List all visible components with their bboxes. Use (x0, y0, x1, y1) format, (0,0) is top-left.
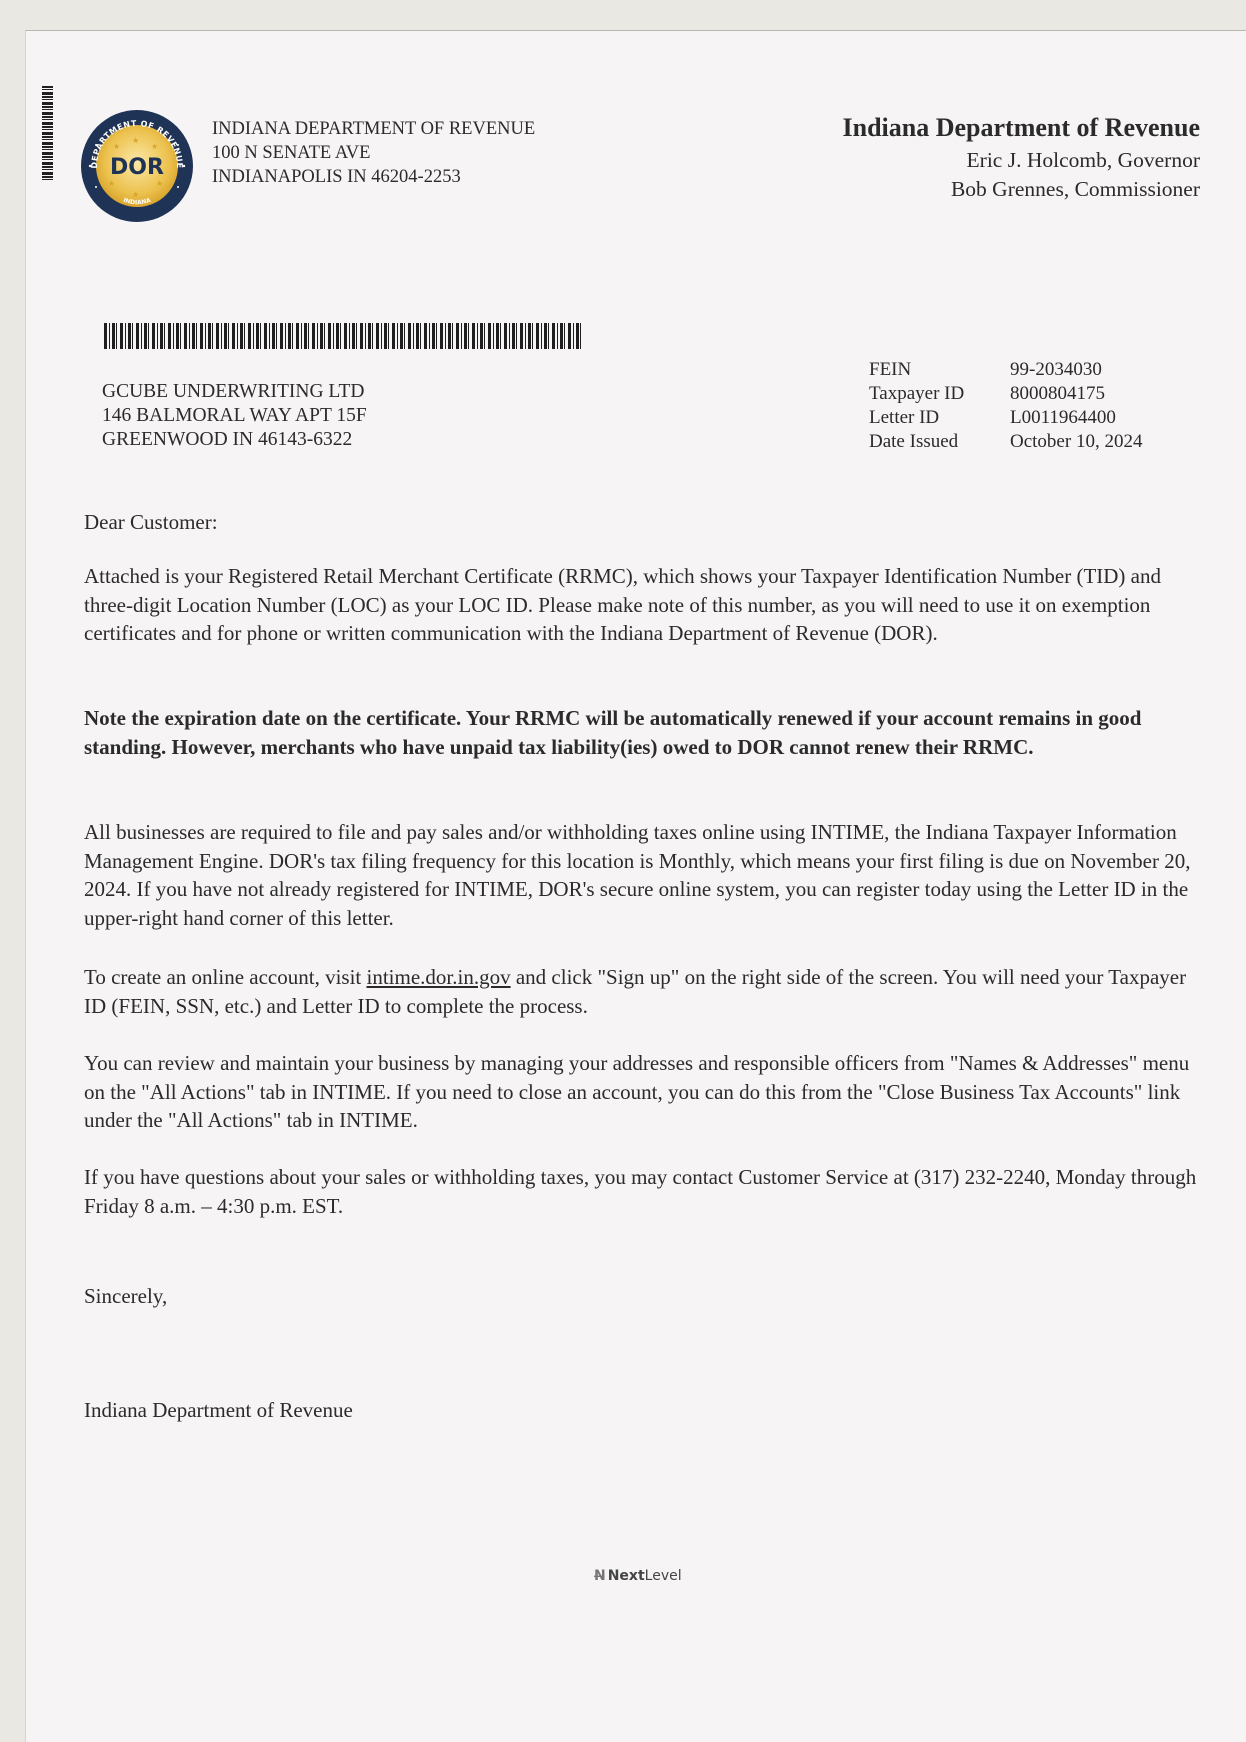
recipient-street: 146 BALMORAL WAY APT 15F (102, 404, 367, 428)
meta-row-taxpayer-id: Taxpayer ID 8000804175 (869, 382, 1142, 406)
svg-text:★: ★ (132, 136, 139, 145)
mail-barcode (104, 323, 582, 349)
text: To create an online account, visit (84, 965, 367, 989)
governor-line: Eric J. Holcomb, Governor (951, 146, 1200, 175)
meta-label: Date Issued (869, 430, 1010, 454)
closing: Sincerely, (84, 1282, 1204, 1311)
dor-seal-logo: DEPARTMENT OF REVENUE INDIANA ★★★ ★★★ DO… (80, 109, 194, 223)
brand-regular: Level (645, 1568, 682, 1584)
intime-link[interactable]: intime.dor.in.gov (367, 965, 511, 989)
sender-name: INDIANA DEPARTMENT OF REVENUE (212, 117, 535, 141)
svg-text:DOR: DOR (110, 155, 164, 180)
svg-text:★: ★ (156, 179, 163, 188)
paragraph-expiration-notice: Note the expiration date on the certific… (84, 704, 1204, 761)
svg-text:★: ★ (113, 142, 120, 151)
recipient-name: GCUBE UNDERWRITING LTD (102, 380, 367, 404)
sender-city: INDIANAPOLIS IN 46204-2253 (212, 165, 535, 189)
meta-label: Letter ID (869, 406, 1010, 430)
paragraph-create-account: To create an online account, visit intim… (84, 963, 1204, 1020)
meta-row-letter-id: Letter ID L0011964400 (869, 406, 1142, 430)
meta-row-date-issued: Date Issued October 10, 2024 (869, 430, 1142, 454)
salutation: Dear Customer: (84, 508, 1204, 537)
signature: Indiana Department of Revenue (84, 1396, 1204, 1425)
meta-row-fein: FEIN 99-2034030 (869, 358, 1142, 382)
paragraph-customer-service: If you have questions about your sales o… (84, 1163, 1204, 1220)
commissioner-line: Bob Grennes, Commissioner (951, 175, 1200, 204)
meta-value: L0011964400 (1010, 406, 1142, 430)
svg-text:★: ★ (132, 190, 139, 199)
meta-value: 99-2034030 (1010, 358, 1142, 382)
paragraph-manage-business: You can review and maintain your busines… (84, 1049, 1204, 1135)
brand-bold: Next (608, 1568, 645, 1584)
sender-street: 100 N SENATE AVE (212, 141, 535, 165)
nextlevel-icon: N̶ (594, 1568, 606, 1584)
recipient-address: GCUBE UNDERWRITING LTD 146 BALMORAL WAY … (102, 380, 367, 452)
sender-address: INDIANA DEPARTMENT OF REVENUE 100 N SENA… (212, 117, 535, 189)
meta-value: October 10, 2024 (1010, 430, 1142, 454)
recipient-city: GREENWOOD IN 46143-6322 (102, 428, 367, 452)
meta-label: FEIN (869, 358, 1010, 382)
nextlevel-footer-logo: N̶ NextLevel (594, 1568, 682, 1584)
paragraph-intime-filing: All businesses are required to file and … (84, 818, 1204, 932)
svg-text:★: ★ (151, 142, 158, 151)
meta-value: 8000804175 (1010, 382, 1142, 406)
agency-title: Indiana Department of Revenue (843, 112, 1201, 144)
paragraph-certificate: Attached is your Registered Retail Merch… (84, 562, 1204, 648)
svg-text:★: ★ (108, 179, 115, 188)
side-barcode (42, 86, 53, 182)
meta-label: Taxpayer ID (869, 382, 1010, 406)
agency-officials: Eric J. Holcomb, Governor Bob Grennes, C… (951, 146, 1200, 204)
letter-meta-table: FEIN 99-2034030 Taxpayer ID 8000804175 L… (869, 358, 1142, 454)
